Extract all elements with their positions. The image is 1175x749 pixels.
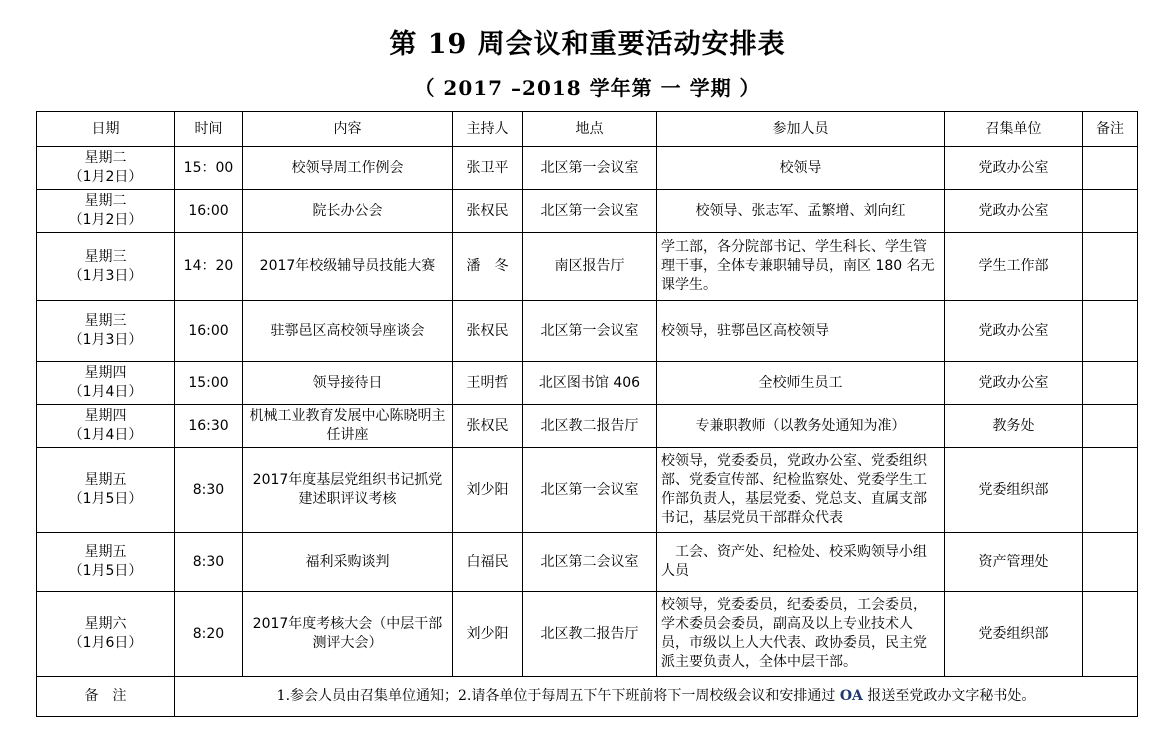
- organizer-cell: 学生工作部: [945, 233, 1083, 301]
- table-row: 星期三（1月3日） 16:00 驻鄠邑区高校领导座谈会 张权民 北区第一会议室 …: [37, 301, 1138, 362]
- content-cell: 2017年度基层党组织书记抓党建述职评议考核: [243, 448, 453, 533]
- table-row: 星期四（1月4日） 15:00 领导接待日 王明哲 北区图书馆 406 全校师生…: [37, 362, 1138, 405]
- location-cell: 北区教二报告厅: [523, 405, 657, 448]
- time-cell: 8:30: [175, 533, 243, 592]
- date-cell: 星期二（1月2日）: [37, 190, 175, 233]
- remark-cell: [1083, 190, 1138, 233]
- attendees-cell: 工会、资产处、纪检处、校采购领导小组人员: [657, 533, 945, 592]
- remark-cell: [1083, 448, 1138, 533]
- location-cell: 北区第一会议室: [523, 147, 657, 190]
- location-cell: 北区第二会议室: [523, 533, 657, 592]
- host-cell: 张权民: [453, 405, 523, 448]
- oa-text: OA: [840, 688, 863, 704]
- notes-label: 备 注: [37, 677, 175, 717]
- page-title: 第 19 周会议和重要活动安排表: [0, 22, 1175, 61]
- host-cell: 张权民: [453, 190, 523, 233]
- host-cell: 王明哲: [453, 362, 523, 405]
- location-cell: 北区图书馆 406: [523, 362, 657, 405]
- column-header-date: 日期: [37, 112, 175, 147]
- host-cell: 潘 冬: [453, 233, 523, 301]
- attendees-cell: 校领导、张志军、孟繁增、刘向红: [657, 190, 945, 233]
- content-cell: 2017年校级辅导员技能大赛: [243, 233, 453, 301]
- content-cell: 驻鄠邑区高校领导座谈会: [243, 301, 453, 362]
- time-cell: 16:30: [175, 405, 243, 448]
- location-cell: 南区报告厅: [523, 233, 657, 301]
- date-cell: 星期三（1月3日）: [37, 301, 175, 362]
- column-header-location: 地点: [523, 112, 657, 147]
- date-cell: 星期二（1月2日）: [37, 147, 175, 190]
- attendees-cell: 学工部，各分院部书记、学生科长、学生管理干事，全体专兼职辅导员，南区 180 名…: [657, 233, 945, 301]
- page-subtitle: （ 2017 –2018 学年第 一 学期 ）: [0, 72, 1175, 101]
- notes-row: 备 注 1.参会人员由召集单位通知；2.请各单位于每周五下午下班前将下一周校级会…: [37, 677, 1138, 717]
- host-cell: 张权民: [453, 301, 523, 362]
- time-cell: 8:30: [175, 448, 243, 533]
- attendees-cell: 专兼职教师（以教务处通知为准）: [657, 405, 945, 448]
- content-cell: 领导接待日: [243, 362, 453, 405]
- schedule-table: 日期 时间 内容 主持人 地点 参加人员 召集单位 备注 星期二（1月2日） 1…: [36, 111, 1138, 717]
- column-header-remark: 备注: [1083, 112, 1138, 147]
- table-row: 星期三（1月3日） 14：20 2017年校级辅导员技能大赛 潘 冬 南区报告厅…: [37, 233, 1138, 301]
- organizer-cell: 党政办公室: [945, 301, 1083, 362]
- organizer-cell: 资产管理处: [945, 533, 1083, 592]
- remark-cell: [1083, 301, 1138, 362]
- content-cell: 机械工业教育发展中心陈晓明主任讲座: [243, 405, 453, 448]
- column-header-host: 主持人: [453, 112, 523, 147]
- remark-cell: [1083, 533, 1138, 592]
- location-cell: 北区第一会议室: [523, 301, 657, 362]
- host-cell: 刘少阳: [453, 592, 523, 677]
- organizer-cell: 党政办公室: [945, 147, 1083, 190]
- content-cell: 2017年度考核大会（中层干部测评大会）: [243, 592, 453, 677]
- table-row: 星期六（1月6日） 8:20 2017年度考核大会（中层干部测评大会） 刘少阳 …: [37, 592, 1138, 677]
- date-cell: 星期六（1月6日）: [37, 592, 175, 677]
- time-cell: 16:00: [175, 190, 243, 233]
- organizer-cell: 党政办公室: [945, 362, 1083, 405]
- date-cell: 星期四（1月4日）: [37, 362, 175, 405]
- time-cell: 15：00: [175, 147, 243, 190]
- table-row: 星期二（1月2日） 16:00 院长办公会 张权民 北区第一会议室 校领导、张志…: [37, 190, 1138, 233]
- column-header-attendees: 参加人员: [657, 112, 945, 147]
- attendees-cell: 校领导: [657, 147, 945, 190]
- date-cell: 星期四（1月4日）: [37, 405, 175, 448]
- content-cell: 福利采购谈判: [243, 533, 453, 592]
- organizer-cell: 党委组织部: [945, 592, 1083, 677]
- column-header-time: 时间: [175, 112, 243, 147]
- column-header-content: 内容: [243, 112, 453, 147]
- column-header-organizer: 召集单位: [945, 112, 1083, 147]
- time-cell: 16:00: [175, 301, 243, 362]
- attendees-cell: 校领导，党委委员，纪委委员，工会委员，学术委员会委员，副高及以上专业技术人员，市…: [657, 592, 945, 677]
- remark-cell: [1083, 147, 1138, 190]
- attendees-cell: 全校师生员工: [657, 362, 945, 405]
- time-cell: 14：20: [175, 233, 243, 301]
- time-cell: 15:00: [175, 362, 243, 405]
- content-cell: 校领导周工作例会: [243, 147, 453, 190]
- date-cell: 星期五（1月5日）: [37, 448, 175, 533]
- attendees-cell: 校领导，驻鄠邑区高校领导: [657, 301, 945, 362]
- location-cell: 北区第一会议室: [523, 190, 657, 233]
- time-cell: 8:20: [175, 592, 243, 677]
- location-cell: 北区第一会议室: [523, 448, 657, 533]
- remark-cell: [1083, 405, 1138, 448]
- remark-cell: [1083, 592, 1138, 677]
- table-header-row: 日期 时间 内容 主持人 地点 参加人员 召集单位 备注: [37, 112, 1138, 147]
- content-cell: 院长办公会: [243, 190, 453, 233]
- organizer-cell: 党委组织部: [945, 448, 1083, 533]
- organizer-cell: 党政办公室: [945, 190, 1083, 233]
- attendees-cell: 校领导，党委委员，党政办公室、党委组织部、党委宣传部、纪检监察处、党委学生工作部…: [657, 448, 945, 533]
- table-row: 星期二（1月2日） 15：00 校领导周工作例会 张卫平 北区第一会议室 校领导…: [37, 147, 1138, 190]
- table-row: 星期五（1月5日） 8:30 福利采购谈判 白福民 北区第二会议室 工会、资产处…: [37, 533, 1138, 592]
- remark-cell: [1083, 233, 1138, 301]
- location-cell: 北区教二报告厅: [523, 592, 657, 677]
- table-row: 星期四（1月4日） 16:30 机械工业教育发展中心陈晓明主任讲座 张权民 北区…: [37, 405, 1138, 448]
- host-cell: 张卫平: [453, 147, 523, 190]
- notes-text: 1.参会人员由召集单位通知；2.请各单位于每周五下午下班前将下一周校级会议和安排…: [175, 677, 1138, 717]
- date-cell: 星期五（1月5日）: [37, 533, 175, 592]
- table-row: 星期五（1月5日） 8:30 2017年度基层党组织书记抓党建述职评议考核 刘少…: [37, 448, 1138, 533]
- host-cell: 刘少阳: [453, 448, 523, 533]
- date-cell: 星期三（1月3日）: [37, 233, 175, 301]
- remark-cell: [1083, 362, 1138, 405]
- host-cell: 白福民: [453, 533, 523, 592]
- organizer-cell: 教务处: [945, 405, 1083, 448]
